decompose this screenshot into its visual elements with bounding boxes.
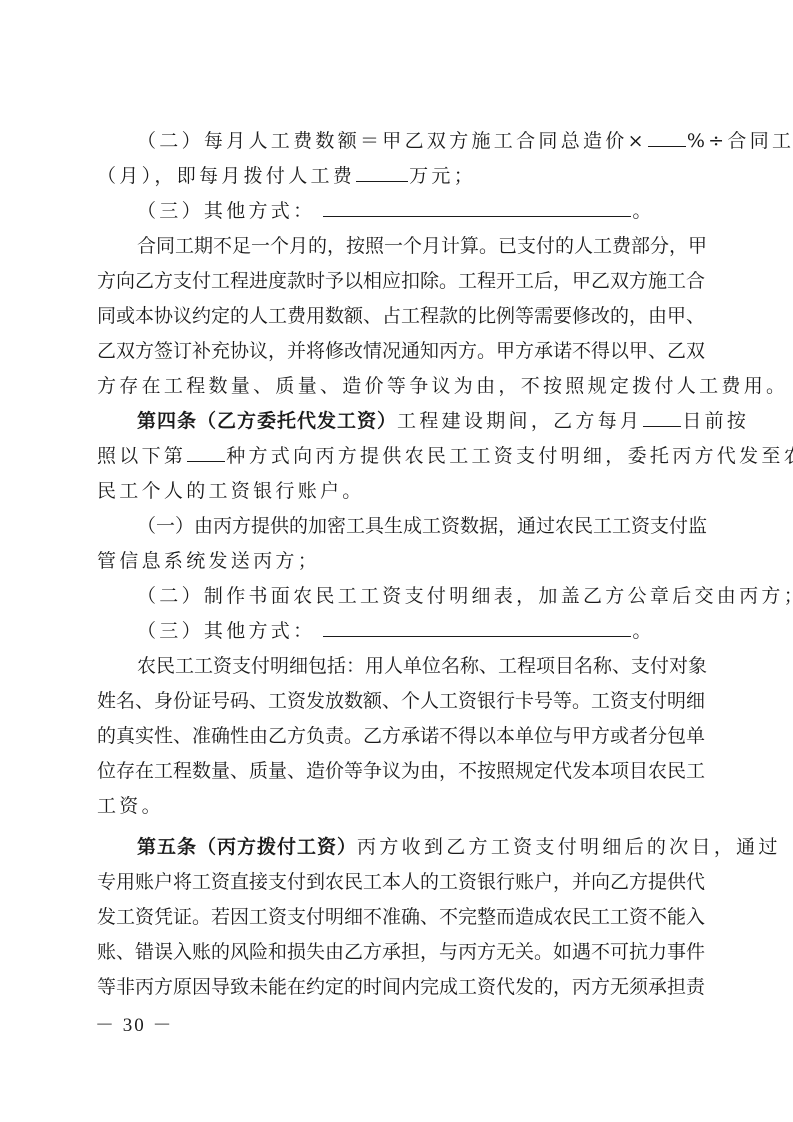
text-segment: 照以下第	[97, 445, 186, 467]
text-segment: 。	[632, 200, 654, 222]
paragraph-line: 农民工工资支付明细包括：用人单位名称、工程项目名称、支付对象	[97, 649, 705, 684]
clause-item-3-other: （三）其他方式：。	[97, 614, 705, 649]
text-segment: （月），即每月拨付人工费	[97, 165, 355, 187]
paragraph-line: 等非丙方原因导致未能在约定的时间内完成工资代发的，丙方无须承担责	[97, 970, 705, 1005]
text-segment: （三）其他方式：	[137, 200, 315, 222]
paragraph-line: 照以下第种方式向丙方提供农民工工资支付明细，委托丙方代发至农	[97, 439, 705, 474]
article-5-heading-line: 第五条（丙方拨付工资）丙方收到乙方工资支付明细后的次日，通过	[97, 830, 705, 865]
article-5-title: 第五条（丙方拨付工资）	[137, 836, 357, 858]
method-number-blank	[187, 441, 225, 462]
document-page: （二）每月人工费数额＝甲乙双方施工合同总造价×%÷合同工期 （月），即每月拨付人…	[97, 124, 705, 1005]
text-segment: 日前按	[682, 410, 749, 432]
text-segment: 种方式向丙方提供农民工工资支付明细，委托丙方代发至农	[226, 445, 793, 467]
text-segment: %÷合同工期	[687, 130, 793, 152]
percentage-blank	[648, 126, 686, 147]
clause-item-2: （二）制作书面农民工工资支付明细表，加盖乙方公章后交由丙方；	[97, 579, 705, 614]
text-segment: （二）每月人工费数额＝甲乙双方施工合同总造价×	[137, 130, 647, 152]
text-segment: （三）其他方式：	[137, 620, 315, 642]
other-method-blank	[323, 196, 631, 217]
paragraph-line: 账、错误入账的风险和损失由乙方承担，与丙方无关。如遇不可抗力事件	[97, 935, 705, 970]
paragraph-line: 发工资凭证。若因工资支付明细不准确、不完整而造成农民工工资不能入	[97, 900, 705, 935]
text-segment: 丙方收到乙方工资支付明细后的次日，通过	[357, 836, 781, 858]
paragraph-line: 管信息系统发送丙方；	[97, 544, 705, 579]
page-number: － 30 －	[95, 1010, 174, 1037]
paragraph-line: 民工个人的工资银行账户。	[97, 474, 705, 509]
paragraph-line: 专用账户将工资直接支付到农民工本人的工资银行账户，并向乙方提供代	[97, 865, 705, 900]
paragraph-line: 的真实性、准确性由乙方负责。乙方承诺不得以本单位与甲方或者分包单	[97, 719, 705, 754]
paragraph-line: 合同工期不足一个月的，按照一个月计算。已支付的人工费部分，甲	[97, 229, 705, 264]
clause-item-1: （一）由丙方提供的加密工具生成工资数据，通过农民工工资支付监	[97, 509, 705, 544]
amount-blank	[356, 161, 408, 182]
paragraph-line: 姓名、身份证号码、工资发放数额、个人工资银行卡号等。工资支付明细	[97, 684, 705, 719]
clause-item-2-formula: （二）每月人工费数额＝甲乙双方施工合同总造价×%÷合同工期	[97, 124, 705, 159]
day-blank	[643, 406, 681, 427]
article-4-heading-line: 第四条（乙方委托代发工资）工程建设期间，乙方每月日前按	[97, 404, 705, 439]
text-segment: 工程建设期间，乙方每月	[397, 410, 642, 432]
paragraph-line: 方存在工程数量、质量、造价等争议为由，不按照规定拨付人工费用。	[97, 369, 705, 404]
paragraph-line: 位存在工程数量、质量、造价等争议为由，不按照规定代发本项目农民工	[97, 754, 705, 789]
paragraph-line: 方向乙方支付工程进度款时予以相应扣除。工程开工后，甲乙双方施工合	[97, 264, 705, 299]
text-segment: 万元；	[409, 165, 476, 187]
paragraph-line: 工资。	[97, 789, 705, 824]
clause-item-2-amount: （月），即每月拨付人工费万元；	[97, 159, 705, 194]
clause-item-3-other: （三）其他方式：。	[97, 194, 705, 229]
paragraph-line: 乙双方签订补充协议，并将修改情况通知丙方。甲方承诺不得以甲、乙双	[97, 334, 705, 369]
article-4-title: 第四条（乙方委托代发工资）	[137, 410, 397, 432]
other-method-blank	[323, 616, 631, 637]
paragraph-line: 同或本协议约定的人工费用数额、占工程款的比例等需要修改的，由甲、	[97, 299, 705, 334]
text-segment: 。	[632, 620, 654, 642]
